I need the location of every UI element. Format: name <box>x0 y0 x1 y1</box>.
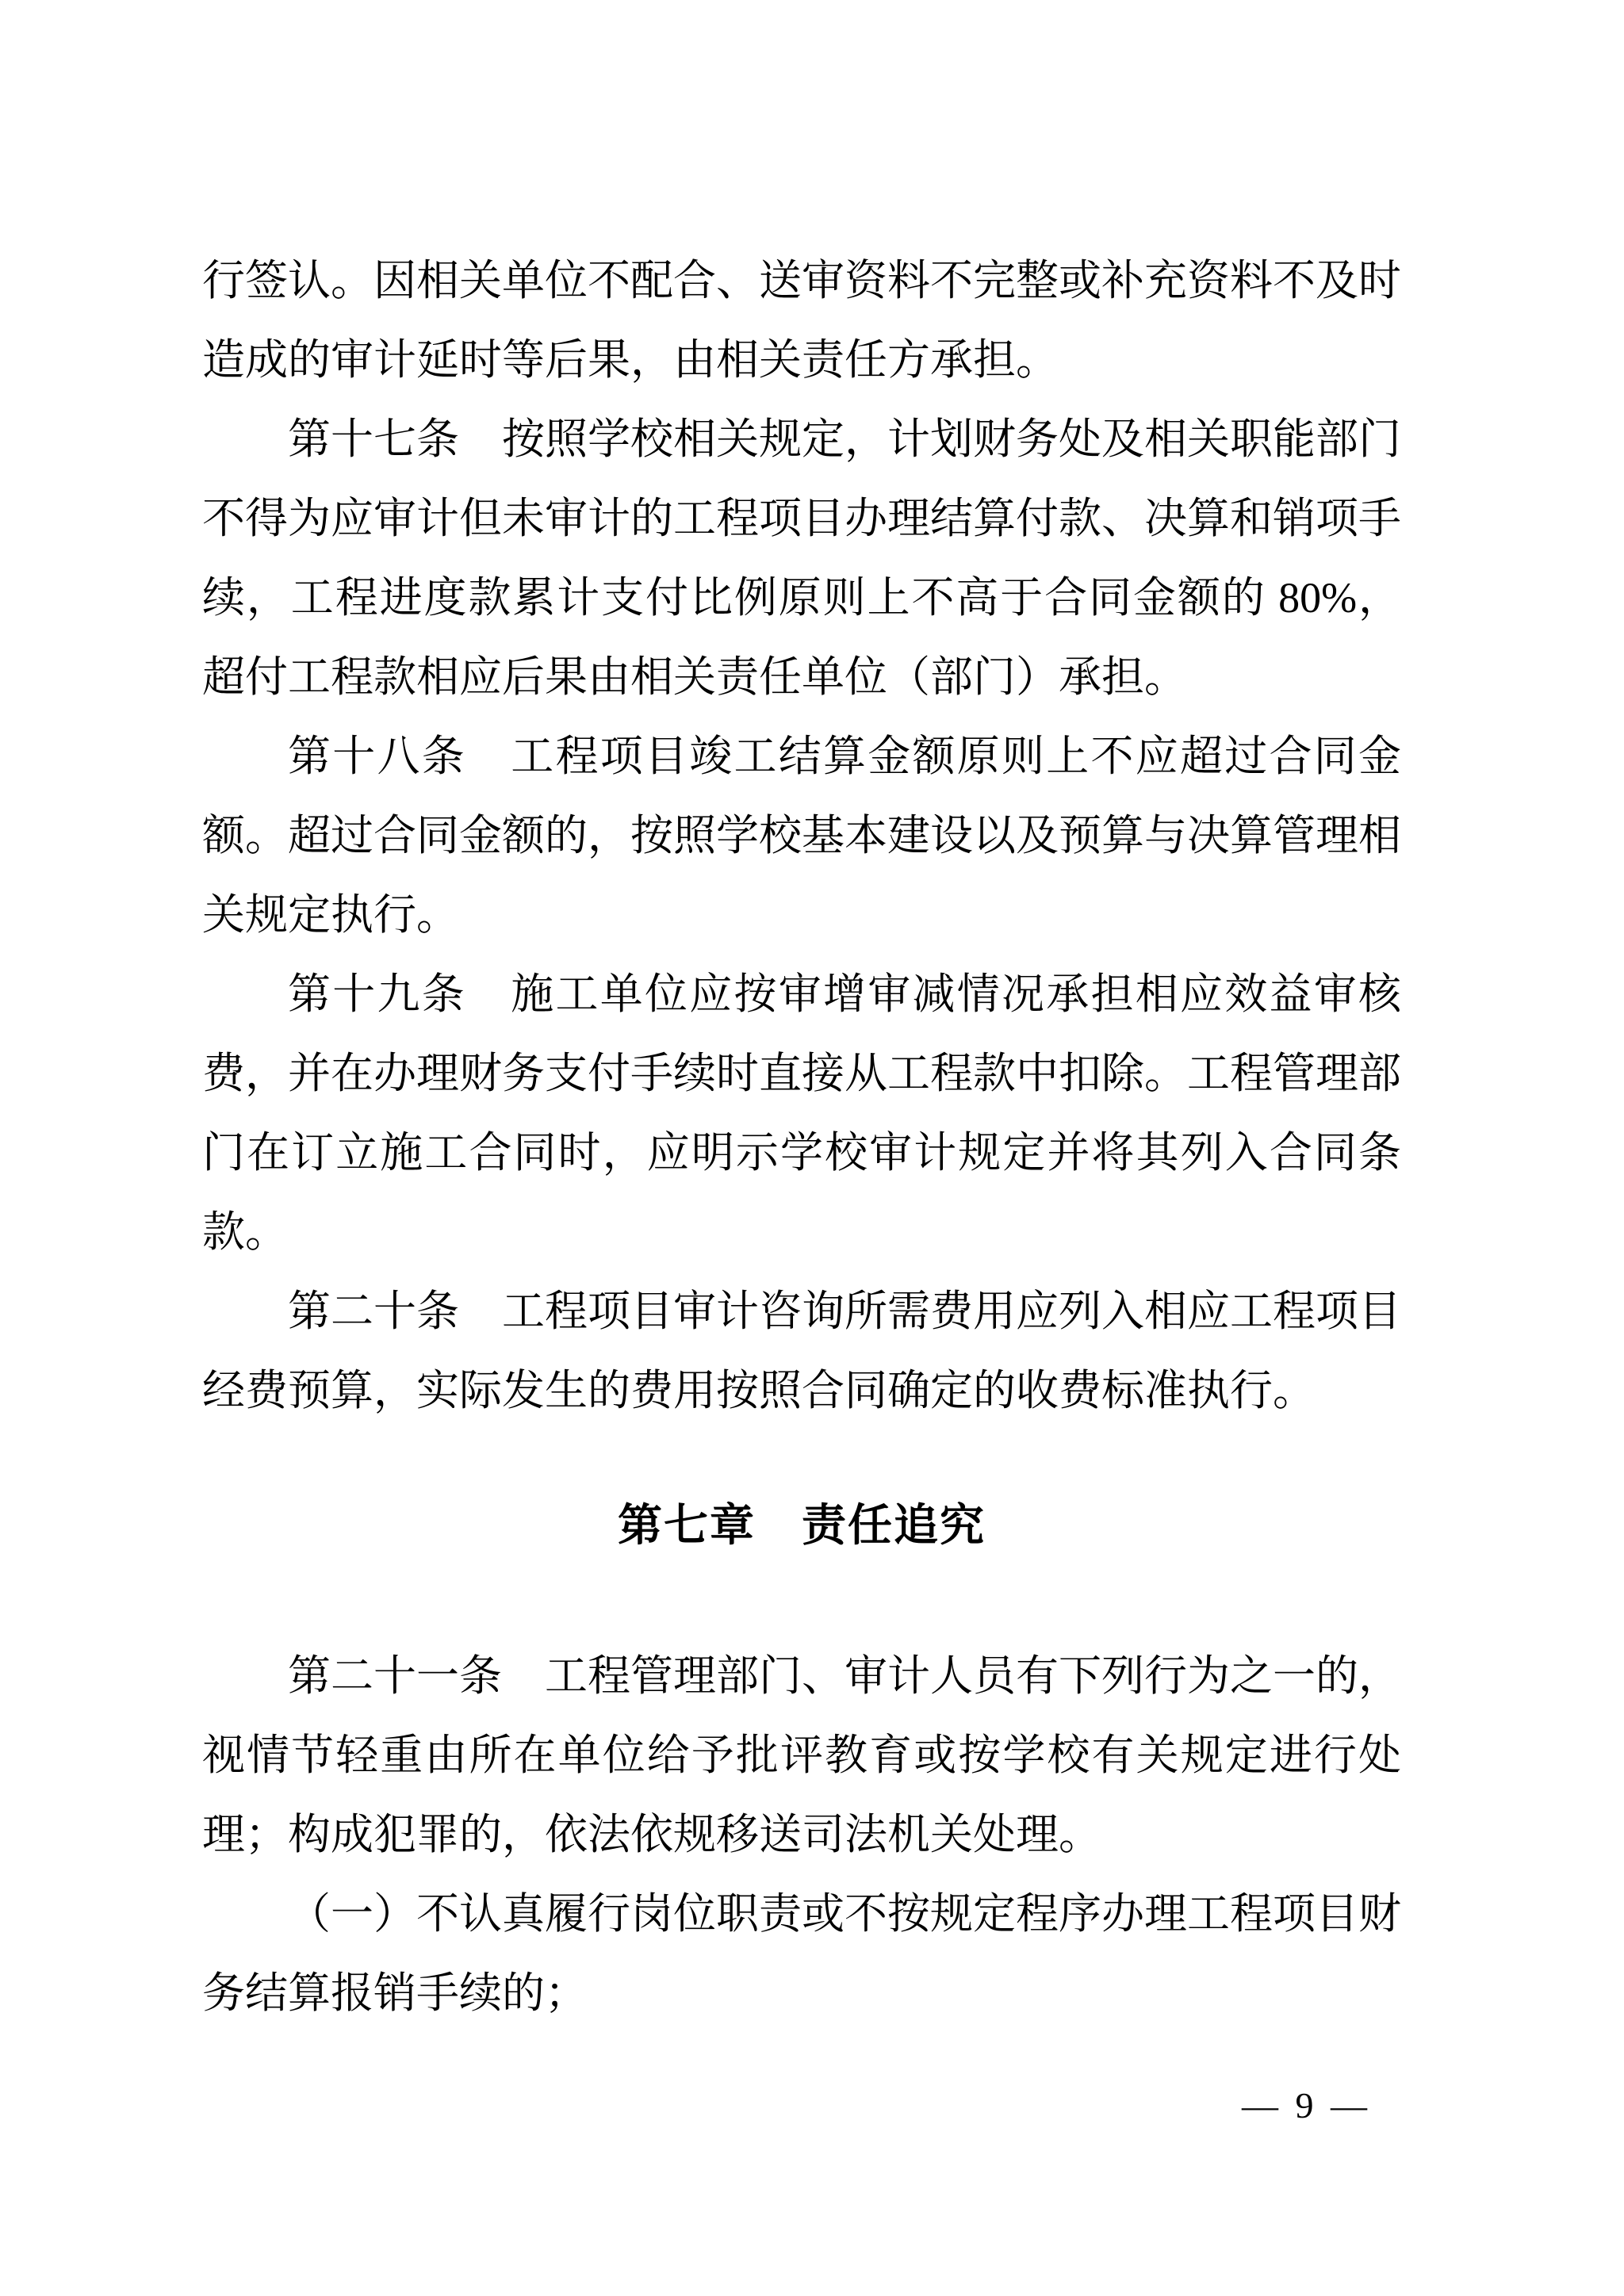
article-19-paragraph: 第十九条 施工单位应按审增审减情况承担相应效益审核费，并在办理财务支付手续时直接… <box>202 955 1401 1272</box>
paragraph-continuation: 行签认。因相关单位不配合、送审资料不完整或补充资料不及时造成的审计延时等后果，由… <box>202 241 1401 400</box>
article-21-paragraph: 第二十一条 工程管理部门、审计人员有下列行为之一的，视情节轻重由所在单位给予批评… <box>202 1636 1401 1874</box>
article-21-item-1-paragraph: （一）不认真履行岗位职责或不按规定程序办理工程项目财务结算报销手续的； <box>202 1874 1401 2033</box>
page-number: — 9 — <box>1242 2082 1371 2130</box>
chapter-7-heading: 第七章 责任追究 <box>202 1486 1401 1565</box>
article-17-paragraph: 第十七条 按照学校相关规定，计划财务处及相关职能部门不得为应审计但未审计的工程项… <box>202 400 1401 717</box>
article-18-paragraph: 第十八条 工程项目竣工结算金额原则上不应超过合同金额。超过合同金额的，按照学校基… <box>202 717 1401 955</box>
article-20-paragraph: 第二十条 工程项目审计咨询所需费用应列入相应工程项目经费预算，实际发生的费用按照… <box>202 1272 1401 1430</box>
document-page: 行签认。因相关单位不配合、送审资料不完整或补充资料不及时造成的审计延时等后果，由… <box>0 0 1624 2296</box>
document-text-block: 行签认。因相关单位不配合、送审资料不完整或补充资料不及时造成的审计延时等后果，由… <box>202 241 1401 2033</box>
